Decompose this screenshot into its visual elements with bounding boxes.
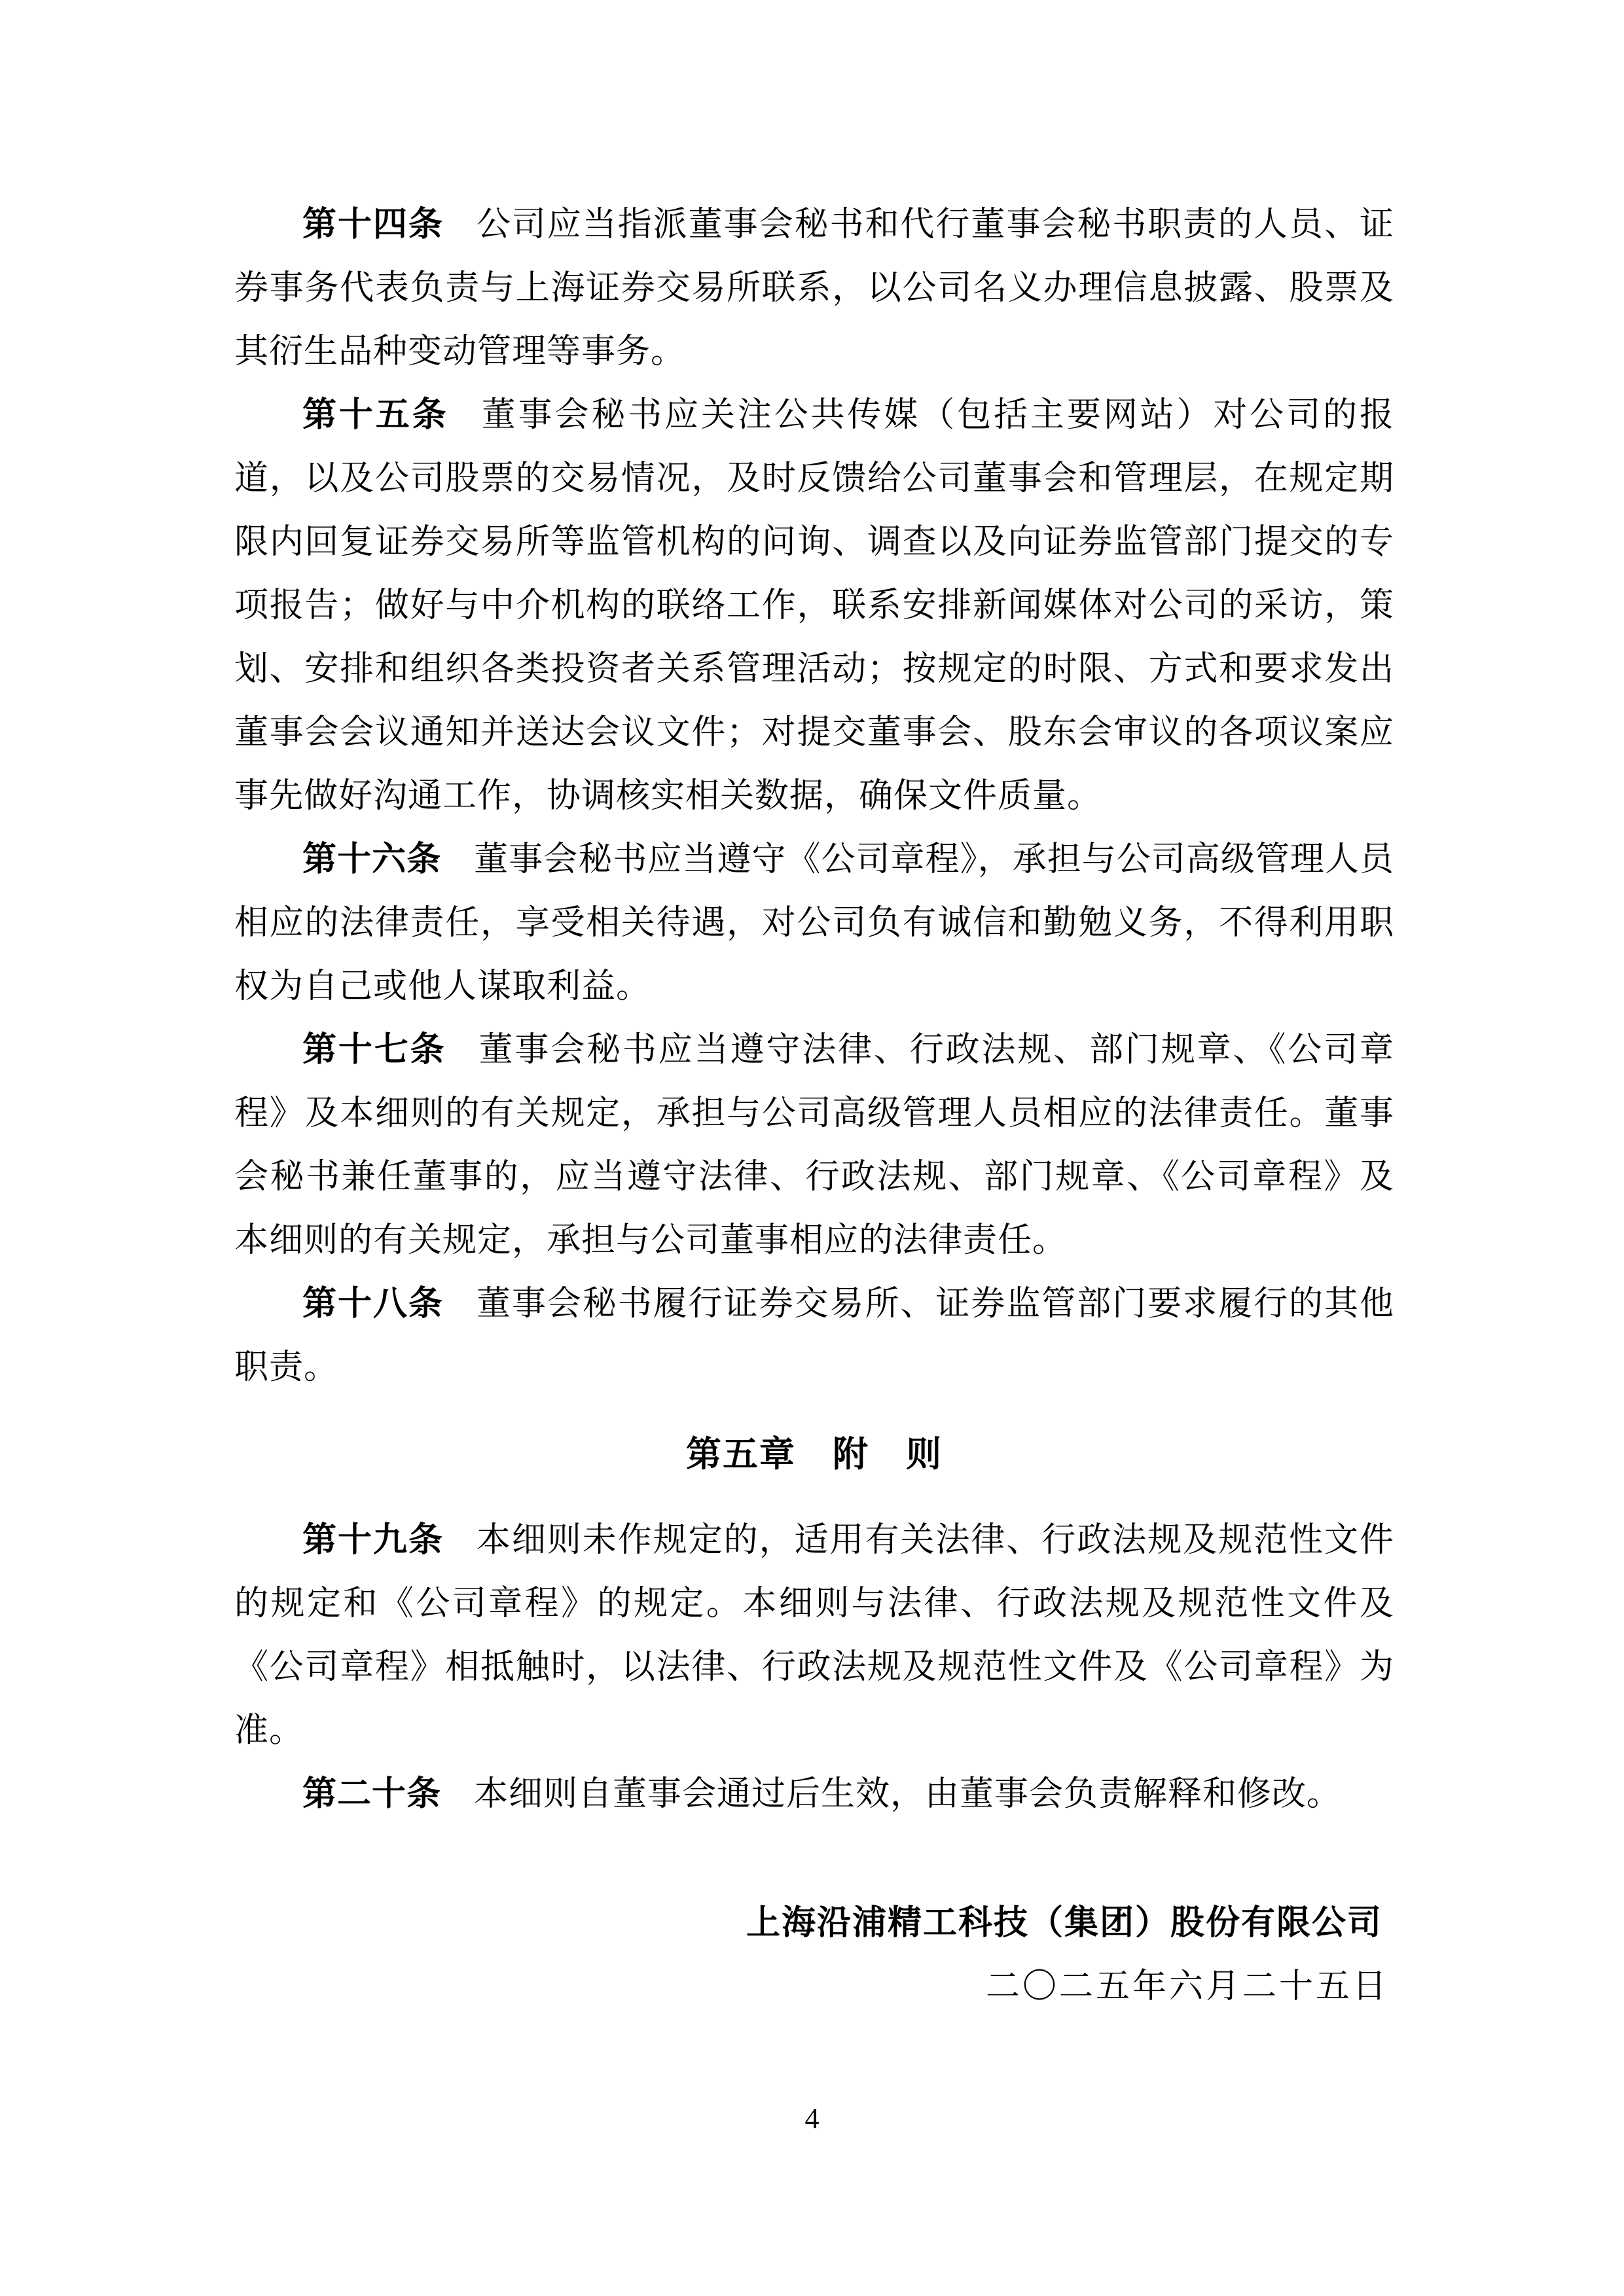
- article-15-number: 第十五条: [302, 397, 449, 434]
- article-15-paragraph: 第十五条董事会秘书应关注公共传媒（包括主要网站）对公司的报道，以及公司股票的交易…: [234, 384, 1394, 828]
- article-17-number: 第十七条: [302, 1031, 446, 1069]
- signature-block: 上海沿浦精工科技（集团）股份有限公司 二〇二五年六月二十五日: [234, 1892, 1394, 2018]
- article-18-paragraph: 第十八条董事会秘书履行证券交易所、证券监管部门要求履行的其他职责。: [234, 1272, 1394, 1399]
- article-20-paragraph: 第二十条本细则自董事会通过后生效，由董事会负责解释和修改。: [234, 1763, 1394, 1826]
- article-19-paragraph: 第十九条本细则未作规定的，适用有关法律、行政法规及规范性文件的规定和《公司章程》…: [234, 1509, 1394, 1763]
- page-number: 4: [0, 2102, 1624, 2135]
- article-15-text: 董事会秘书应关注公共传媒（包括主要网站）对公司的报道，以及公司股票的交易情况，及…: [234, 397, 1394, 815]
- article-20-number: 第二十条: [302, 1776, 441, 1813]
- article-20-text: 本细则自董事会通过后生效，由董事会负责解释和修改。: [474, 1776, 1341, 1813]
- article-14-paragraph: 第十四条公司应当指派董事会秘书和代行董事会秘书职责的人员、证券事务代表负责与上海…: [234, 193, 1394, 384]
- article-16-number: 第十六条: [302, 841, 441, 878]
- company-name: 上海沿浦精工科技（集团）股份有限公司: [234, 1892, 1394, 1955]
- article-19-number: 第十九条: [302, 1522, 444, 1559]
- chapter-heading: 第五章 附 则: [234, 1423, 1394, 1486]
- document-page: 第十四条公司应当指派董事会秘书和代行董事会秘书职责的人员、证券事务代表负责与上海…: [0, 0, 1624, 2296]
- article-16-paragraph: 第十六条董事会秘书应当遵守《公司章程》，承担与公司高级管理人员相应的法律责任，享…: [234, 828, 1394, 1018]
- article-17-paragraph: 第十七条董事会秘书应当遵守法律、行政法规、部门规章、《公司章程》及本细则的有关规…: [234, 1018, 1394, 1272]
- signature-date: 二〇二五年六月二十五日: [234, 1955, 1394, 2018]
- article-14-number: 第十四条: [302, 206, 444, 243]
- document-body: 第十四条公司应当指派董事会秘书和代行董事会秘书职责的人员、证券事务代表负责与上海…: [234, 193, 1394, 2018]
- article-18-number: 第十八条: [302, 1285, 444, 1323]
